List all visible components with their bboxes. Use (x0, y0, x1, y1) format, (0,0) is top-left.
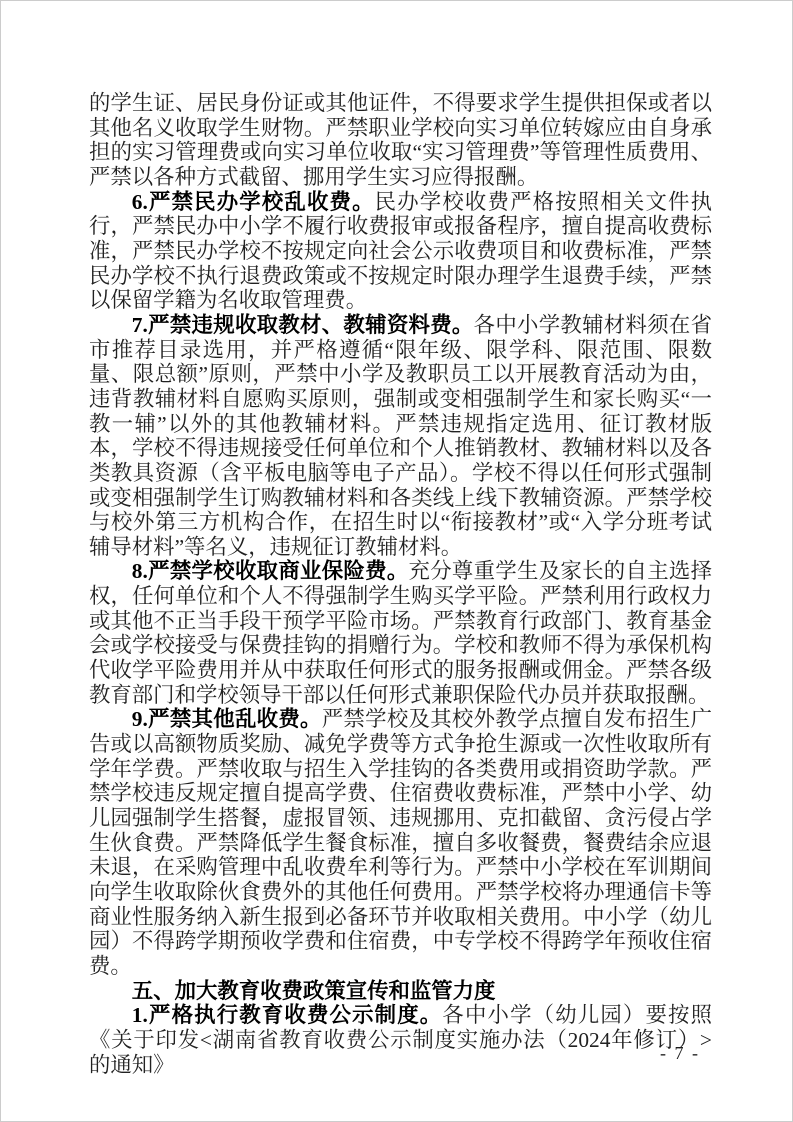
document-body: 的学生证、居民身份证或其他证件，不得要求学生提供担保或者以其他名义收取学生财物。… (89, 91, 712, 1077)
page-number: - 7 - (640, 1043, 720, 1064)
paragraph-item-7: 7.严禁违规收取教材、教辅资料费。各中小学教辅材料须在省市推荐目录选用，并严格遵… (89, 313, 712, 560)
item-9-lead: 9.严禁其他乱收费。 (132, 707, 322, 731)
item-6-lead: 6.严禁民办学校乱收费。 (132, 190, 375, 214)
item-7-body: 各中小学教辅材料须在省市推荐目录选用，并严格遵循“限年级、限学科、限范围、限数量… (89, 313, 712, 559)
paragraph-item-6: 6.严禁民办学校乱收费。民办学校收费严格按照相关文件执行，严禁民办中小学不履行收… (89, 190, 712, 313)
paragraph-item-8: 8.严禁学校收取商业保险费。充分尊重学生及家长的自主选择权，任何单位和个人不得强… (89, 559, 712, 707)
paragraph-item-1: 1.严格执行教育收费公示制度。各中小学（幼儿园）要按照《关于印发<湖南省教育收费… (89, 1003, 712, 1077)
item-9-body: 严禁学校及其校外教学点擅自发布招生广告或以高额物质奖励、减免学费等方式争抢生源或… (89, 707, 712, 978)
paragraph-continuation: 的学生证、居民身份证或其他证件，不得要求学生提供担保或者以其他名义收取学生财物。… (89, 91, 712, 190)
document-page: 的学生证、居民身份证或其他证件，不得要求学生提供担保或者以其他名义收取学生财物。… (0, 0, 793, 1122)
section-5-heading: 五、加大教育收费政策宣传和监管力度 (89, 979, 712, 1004)
paragraph-item-9: 9.严禁其他乱收费。严禁学校及其校外教学点擅自发布招生广告或以高额物质奖励、减免… (89, 707, 712, 978)
item-7-lead: 7.严禁违规收取教材、教辅资料费。 (132, 313, 474, 337)
item-1-lead: 1.严格执行教育收费公示制度。 (132, 1003, 443, 1027)
item-8-lead: 8.严禁学校收取商业保险费。 (132, 559, 409, 583)
